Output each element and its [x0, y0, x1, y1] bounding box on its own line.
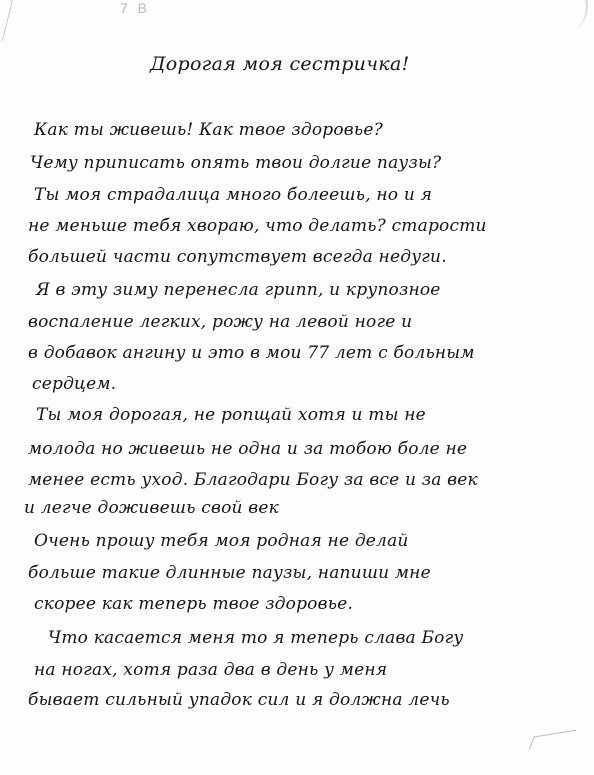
letter-line: Ты моя дорогая, не ропщай хотя и ты не [36, 405, 426, 425]
letter-salutation: Дорогая моя сестричка! [150, 53, 410, 75]
letter-line: менее есть уход. Благодари Богу за все и… [28, 470, 478, 490]
letter-line: не меньше тебя хвораю, что делать? старо… [28, 216, 487, 236]
letter-line: и легче доживешь свой век [24, 498, 279, 518]
letter-line: бывает сильный упадок сил и я должна леч… [28, 690, 450, 710]
page-corner-fold [529, 730, 576, 750]
letter-line: скорее как теперь твое здоровье. [34, 594, 353, 614]
pencil-annotation: 7 В [120, 0, 150, 16]
letter-line: Ты моя страдалица много болеешь, но и я [34, 185, 432, 205]
letter-line: молода но живешь не одна и за тобою боле… [28, 439, 467, 459]
letter-page: 7 В Дорогая моя сестричка! Как ты живешь… [0, 0, 594, 775]
letter-line: больше такие длинные паузы, напиши мне [28, 563, 431, 583]
letter-line: большей части сопутствует всегда недуги. [28, 247, 447, 267]
letter-line: на ногах, хотя раза два в день у меня [34, 660, 387, 680]
letter-line: Что касается меня то я теперь слава Богу [48, 628, 463, 648]
letter-line: в добавок ангину и это в мои 77 лет с бо… [28, 343, 475, 363]
letter-line: Чему приписать опять твои долгие паузы? [30, 153, 441, 173]
letter-line: Я в эту зиму перенесла грипп, и крупозно… [36, 280, 441, 300]
page-edge-mark [2, 0, 13, 41]
page-corner-mark [556, 0, 594, 35]
letter-line: Как ты живешь! Как твое здоровье? [34, 120, 383, 140]
letter-line: сердцем. [32, 374, 116, 394]
letter-line: Очень прошу тебя моя родная не делай [34, 531, 409, 551]
letter-line: воспаление легких, рожу на левой ноге и [28, 312, 412, 332]
